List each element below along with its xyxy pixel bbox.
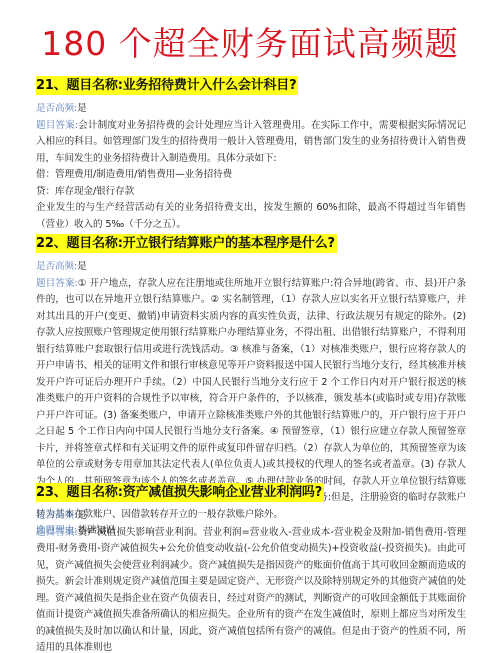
- answer-label: 题目答案:: [36, 527, 78, 538]
- frequent-row: 是否高频:是: [36, 259, 466, 276]
- question-23: 23、题目名称:资产减值损失影响企业营业利润吗? 是否高频:是 题目答案:资产减…: [36, 481, 466, 653]
- frequent-label: 是否高频:: [36, 510, 77, 521]
- frequent-label: 是否高频:: [36, 103, 77, 114]
- frequent-value: 是: [77, 261, 87, 272]
- question-title: 21、题目名称:业务招待费计入什么会计科目?: [36, 76, 298, 95]
- question-21: 21、题目名称:业务招待费计入什么会计科目? 是否高频:是 题目答案:会计制度对…: [36, 74, 466, 250]
- answer-text: 会计制度对业务招待费的会计处理应当计入管理费用。在实际工作中，需要根据实际情况记…: [36, 120, 466, 164]
- journal-credit: 贷：库存现金/银行存款: [36, 184, 466, 201]
- frequent-row: 是否高频:是: [36, 508, 466, 525]
- answer-row: 题目答案:会计制度对业务招待费的会计处理应当计入管理费用。在实际工作中，需要根据…: [36, 118, 466, 168]
- answer-label: 题目答案:: [36, 278, 78, 289]
- answer-label: 题目答案:: [36, 120, 78, 131]
- page-title: 180 个超全财务面试高频题: [0, 22, 500, 66]
- answer-text: 资产减值损失影响营业利润。营业利润=营业收入-营业成本-营业税金及附加-销售费用…: [36, 527, 466, 653]
- question-title: 22、题目名称:开立银行结算账户的基本程序是什么?: [36, 234, 337, 253]
- question-title: 23、题目名称:资产减值损失影响企业营业利润吗?: [36, 483, 324, 502]
- answer-row: 题目答案:资产减值损失影响营业利润。营业利润=营业收入-营业成本-营业税金及附加…: [36, 525, 466, 653]
- frequent-value: 是: [77, 103, 87, 114]
- tax-note: 企业发生的与生产经营活动有关的业务招待费支出，按发生额的 60%扣除，最高不得超…: [36, 200, 466, 233]
- frequent-value: 是: [77, 510, 87, 521]
- frequent-label: 是否高频:: [36, 261, 77, 272]
- journal-debit: 借：管理费用/制造费用/销售费用—业务招待费: [36, 167, 466, 184]
- frequent-row: 是否高频:是: [36, 101, 466, 118]
